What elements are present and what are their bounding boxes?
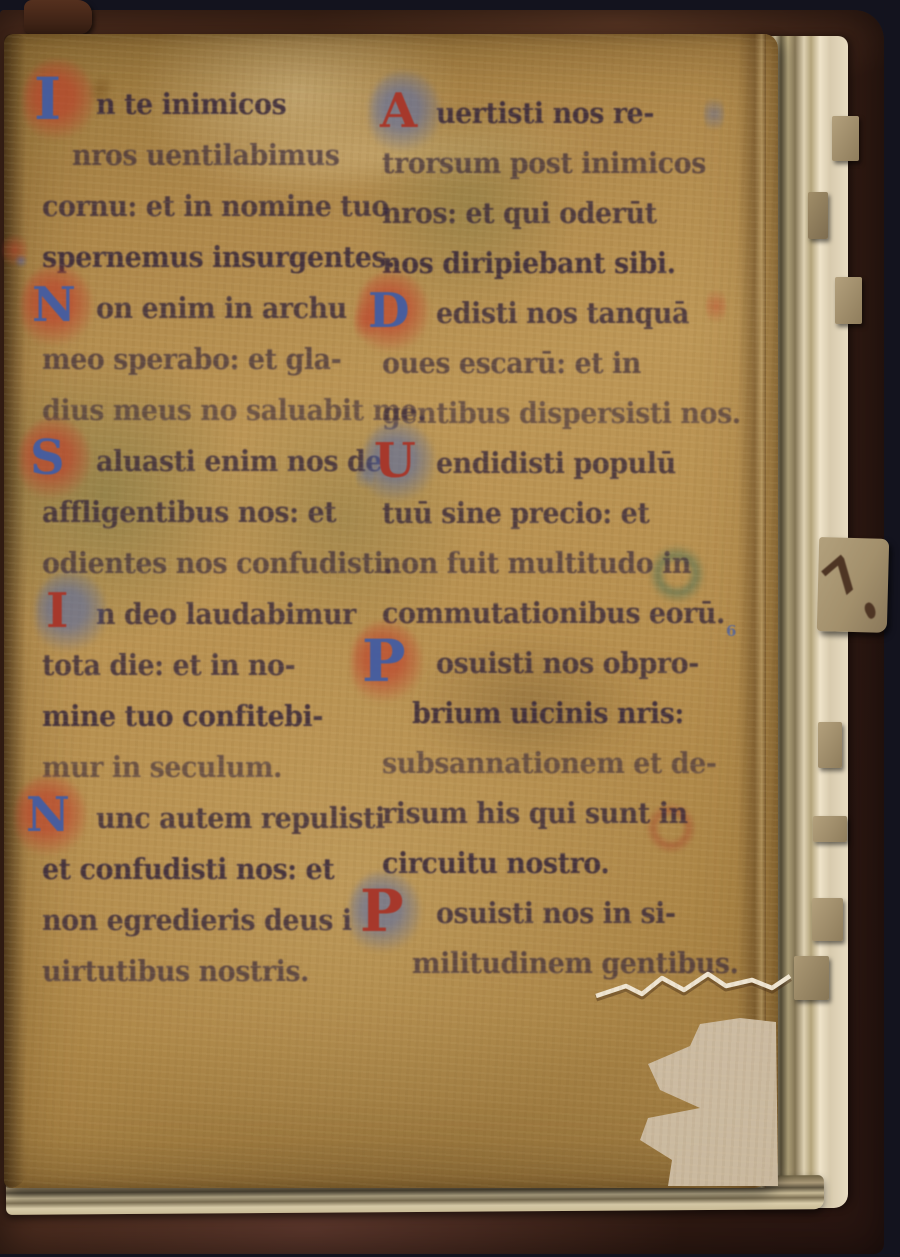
text-line: circuitu nostro.	[382, 838, 712, 891]
text-line: subsannationem et de-	[382, 738, 712, 791]
text-line: non fuit multitudo in	[382, 538, 712, 591]
manuscript-photo: 6 n te inimicos nros uentilabimus cornu:…	[0, 0, 900, 1257]
leather-clasp	[24, 0, 92, 34]
numbered-index-tab: 7	[817, 537, 889, 633]
text-line: risum his qui sunt in	[382, 788, 712, 841]
text-line: nos diripiebant sibi.	[382, 238, 712, 291]
text-line: affligentibus nos: et	[42, 486, 378, 540]
index-tab	[818, 722, 842, 768]
crack-line	[564, 954, 794, 1024]
versal-initial-U: U	[374, 426, 434, 504]
versal-initial-P: P	[360, 876, 420, 954]
versal-initial-D: D	[368, 276, 428, 354]
text-line: brium uicinis nris:	[382, 688, 712, 741]
versal-initial-N: N	[32, 270, 92, 348]
manuscript-page: 6 n te inimicos nros uentilabimus cornu:…	[4, 34, 778, 1188]
right-text-column: uertisti nos re- trorsum post inimicos n…	[382, 88, 712, 988]
text-line: osuisti nos obpro-	[382, 638, 712, 691]
text-line: mur in seculum.	[42, 741, 378, 795]
gutter-shadow	[4, 34, 26, 1188]
text-line: mine tuo confitebi-	[42, 690, 378, 744]
versal-initial-N: N	[26, 780, 86, 858]
text-line: meo sperabo: et gla-	[42, 333, 378, 387]
index-tab	[812, 898, 843, 941]
index-tab	[808, 192, 828, 239]
penwork-speck	[14, 254, 28, 268]
index-tab	[794, 956, 829, 1000]
marginal-scribble: 6	[726, 622, 736, 640]
text-line: on enim in archu	[42, 282, 378, 336]
versal-initial-I: I	[34, 64, 94, 142]
text-line: unc autem repulisti	[42, 792, 378, 846]
text-line: edisti nos tanquā	[382, 288, 712, 341]
versal-initial-S: S	[30, 423, 90, 501]
versal-initial-P: P	[362, 626, 422, 704]
text-line: uirtutibus nostris.	[42, 945, 378, 999]
text-line: spernemus insurgentes.	[42, 231, 378, 285]
versal-initial-A: A	[380, 76, 440, 154]
index-tab	[835, 277, 862, 324]
text-line: aluasti enim nos de	[42, 435, 378, 489]
text-line: oues escarū: et in	[382, 338, 712, 391]
index-tab	[832, 116, 859, 161]
text-line: osuisti nos in si-	[382, 888, 712, 941]
text-line: non egredieris deus i	[42, 894, 378, 948]
versal-initial-I: I	[46, 576, 106, 654]
tab-ink-dot	[862, 601, 878, 620]
text-line: et confudisti nos: et	[42, 843, 378, 897]
index-tab	[813, 816, 847, 842]
left-text-column: n te inimicos nros uentilabimus cornu: e…	[42, 78, 378, 996]
text-line: commutationibus eorū.	[382, 588, 712, 641]
text-line: dius meus no saluabit me.	[42, 384, 378, 438]
text-line: cornu: et in nomine tuo	[42, 180, 378, 234]
tab-number: 7	[813, 546, 874, 609]
text-line: nros: et qui oderūt	[382, 188, 712, 241]
